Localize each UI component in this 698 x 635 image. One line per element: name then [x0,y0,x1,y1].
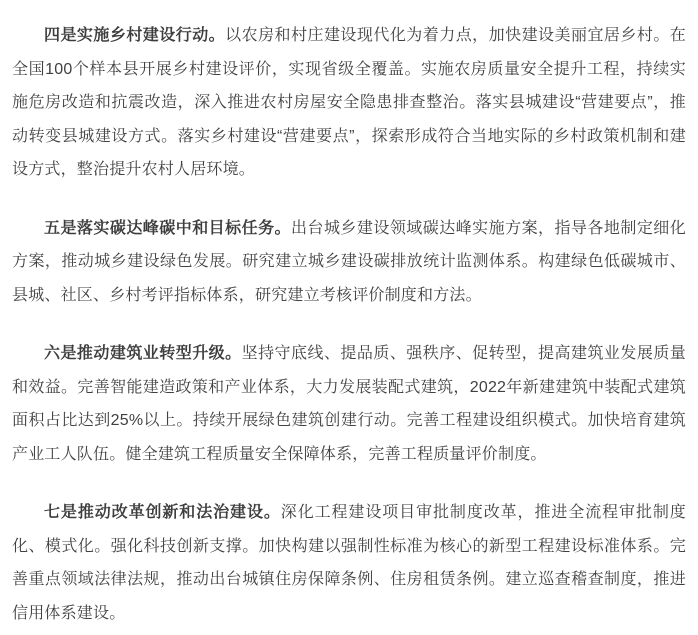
paragraph-text: 以农房和村庄建设现代化为着力点，加快建设美丽宜居乡村。在全国100个样本县开展乡… [12,27,686,178]
paragraph: 六是推动建筑业转型升级。坚持守底线、提品质、强秩序、促转型，提高建筑业发展质量和… [12,337,686,471]
paragraph-lead: 五是落实碳达峰碳中和目标任务。 [44,220,291,237]
paragraph-text: 深化工程建设项目审批制度改革，推进全流程审批制度化、模式化。强化科技创新支撑。加… [12,504,686,622]
paragraph-lead: 六是推动建筑业转型升级。 [44,345,242,362]
paragraph-lead: 七是推动改革创新和法治建设。 [44,504,281,521]
paragraph: 四是实施乡村建设行动。以农房和村庄建设现代化为着力点，加快建设美丽宜居乡村。在全… [12,19,686,187]
paragraph-lead: 四是实施乡村建设行动。 [44,27,225,44]
article-body: 四是实施乡村建设行动。以农房和村庄建设现代化为着力点，加快建设美丽宜居乡村。在全… [0,0,698,635]
paragraph: 五是落实碳达峰碳中和目标任务。出台城乡建设领域碳达峰实施方案，指导各地制定细化方… [12,212,686,313]
paragraph: 七是推动改革创新和法治建设。深化工程建设项目审批制度改革，推进全流程审批制度化、… [12,496,686,630]
paragraph-text: 坚持守底线、提品质、强秩序、促转型，提高建筑业发展质量和效益。完善智能建造政策和… [12,345,686,463]
